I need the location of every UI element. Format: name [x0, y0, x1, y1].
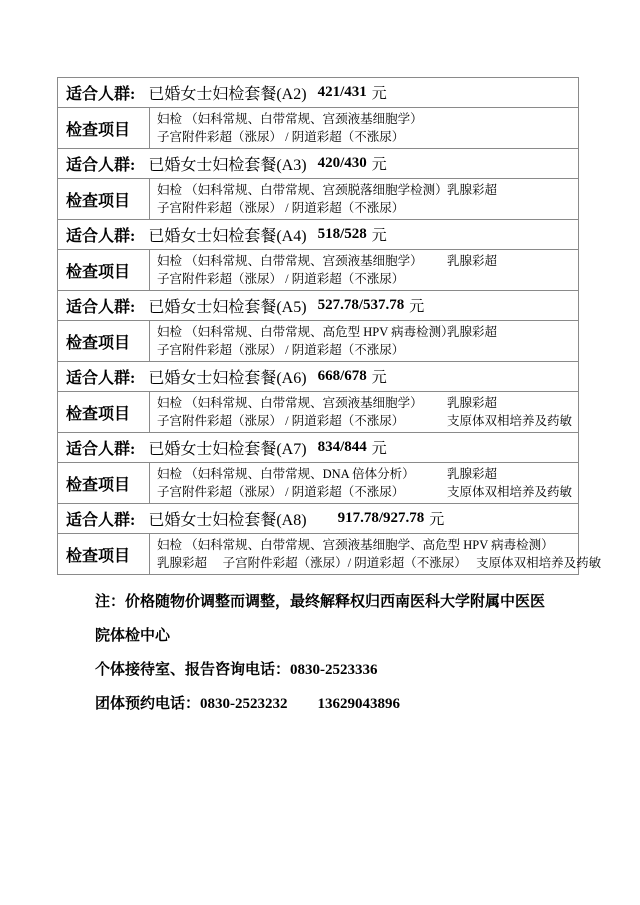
items-label-cell: 检查项目: [58, 534, 150, 574]
items-line: 妇检 （妇科常规、白带常规、宫颈液基细胞学）乳腺彩超: [157, 252, 574, 270]
package-price-table: 适合人群: 已婚女士妇检套餐(A2) 421/431 元 检查项目 妇检 （妇科…: [57, 77, 579, 575]
price-unit: 元: [372, 82, 387, 103]
package-price: 917.78/927.78: [338, 510, 425, 527]
items-line: 妇检 （妇科常规、白带常规、DNA 倍体分析）乳腺彩超: [157, 465, 574, 483]
items-row: 检查项目 妇检 （妇科常规、白带常规、宫颈液基细胞学、高危型 HPV 病毒检测）…: [58, 534, 578, 574]
package-price: 834/844: [318, 439, 367, 456]
package-name: 已婚女士妇检套餐(A7): [148, 436, 306, 459]
items-left-text: 子宫附件彩超（涨尿） / 阴道彩超（不涨尿）: [157, 414, 404, 428]
items-line: 子宫附件彩超（涨尿） / 阴道彩超（不涨尿）: [157, 270, 574, 288]
items-left-text: 乳腺彩超 子宫附件彩超（涨尿）/ 阴道彩超（不涨尿） 支原体双相培养及药敏: [157, 556, 601, 570]
price-unit: 元: [372, 224, 387, 245]
footer-notes: 注：价格随物价调整而调整，最终解释权归西南医科大学附属中医医 院体检中心 个体接…: [95, 592, 595, 728]
population-label: 适合人群:: [66, 507, 135, 530]
items-row: 检查项目 妇检 （妇科常规、白带常规、宫颈液基细胞学）乳腺彩超子宫附件彩超（涨尿…: [58, 250, 578, 291]
items-label-cell: 检查项目: [58, 250, 150, 290]
note-line-1: 注：价格随物价调整而调整，最终解释权归西南医科大学附属中医医: [95, 592, 595, 613]
package-price: 420/430: [318, 155, 367, 172]
items-row: 检查项目 妇检 （妇科常规、白带常规、DNA 倍体分析）乳腺彩超子宫附件彩超（涨…: [58, 463, 578, 504]
items-line: 子宫附件彩超（涨尿） / 阴道彩超（不涨尿）: [157, 341, 574, 359]
items-line: 乳腺彩超 子宫附件彩超（涨尿）/ 阴道彩超（不涨尿） 支原体双相培养及药敏: [157, 554, 601, 572]
items-label: 检查项目: [66, 117, 130, 140]
items-right-text: 乳腺彩超: [447, 394, 497, 412]
items-detail-cell: 妇检 （妇科常规、白带常规、宫颈液基细胞学）子宫附件彩超（涨尿） / 阴道彩超（…: [150, 108, 578, 148]
phone-individual: 个体接待室、报告咨询电话：0830-2523336: [95, 660, 595, 681]
items-left-text: 妇检 （妇科常规、白带常规、宫颈脱落细胞学检测）: [157, 183, 448, 197]
package-section: 适合人群: 已婚女士妇检套餐(A8) 917.78/927.78 元 检查项目 …: [58, 504, 578, 574]
price-unit: 元: [429, 508, 444, 529]
items-left-text: 妇检 （妇科常规、白带常规、宫颈液基细胞学）: [157, 112, 423, 126]
package-name: 已婚女士妇检套餐(A3): [148, 152, 306, 175]
package-section: 适合人群: 已婚女士妇检套餐(A3) 420/430 元 检查项目 妇检 （妇科…: [58, 149, 578, 220]
items-label-cell: 检查项目: [58, 179, 150, 219]
price-unit: 元: [372, 153, 387, 174]
items-line: 子宫附件彩超（涨尿） / 阴道彩超（不涨尿）: [157, 128, 574, 146]
package-name: 已婚女士妇检套餐(A8): [148, 507, 306, 530]
population-label: 适合人群:: [66, 223, 135, 246]
price-unit: 元: [372, 437, 387, 458]
items-label: 检查项目: [66, 472, 130, 495]
items-left-text: 妇检 （妇科常规、白带常规、高危型 HPV 病毒检测）: [157, 325, 454, 339]
population-label: 适合人群:: [66, 365, 135, 388]
package-section: 适合人群: 已婚女士妇检套餐(A5) 527.78/537.78 元 检查项目 …: [58, 291, 578, 362]
population-label: 适合人群:: [66, 152, 135, 175]
population-row: 适合人群: 已婚女士妇检套餐(A6) 668/678 元: [58, 362, 578, 392]
items-label: 检查项目: [66, 188, 130, 211]
items-row: 检查项目 妇检 （妇科常规、白带常规、高危型 HPV 病毒检测）乳腺彩超子宫附件…: [58, 321, 578, 362]
package-name: 已婚女士妇检套餐(A5): [148, 294, 306, 317]
items-row: 检查项目 妇检 （妇科常规、白带常规、宫颈液基细胞学）子宫附件彩超（涨尿） / …: [58, 108, 578, 149]
population-row: 适合人群: 已婚女士妇检套餐(A8) 917.78/927.78 元: [58, 504, 578, 534]
items-line: 子宫附件彩超（涨尿） / 阴道彩超（不涨尿）: [157, 199, 574, 217]
items-left-text: 子宫附件彩超（涨尿） / 阴道彩超（不涨尿）: [157, 130, 404, 144]
items-detail-cell: 妇检 （妇科常规、白带常规、宫颈脱落细胞学检测）乳腺彩超子宫附件彩超（涨尿） /…: [150, 179, 578, 219]
items-row: 检查项目 妇检 （妇科常规、白带常规、宫颈液基细胞学）乳腺彩超子宫附件彩超（涨尿…: [58, 392, 578, 433]
items-line: 子宫附件彩超（涨尿） / 阴道彩超（不涨尿）支原体双相培养及药敏: [157, 483, 574, 501]
population-label: 适合人群:: [66, 81, 135, 104]
items-label: 检查项目: [66, 330, 130, 353]
population-row: 适合人群: 已婚女士妇检套餐(A2) 421/431 元: [58, 78, 578, 108]
phone-group: 团体预约电话：0830-2523232 13629043896: [95, 694, 595, 715]
items-detail-cell: 妇检 （妇科常规、白带常规、高危型 HPV 病毒检测）乳腺彩超子宫附件彩超（涨尿…: [150, 321, 578, 361]
items-right-text: 支原体双相培养及药敏: [447, 483, 572, 501]
package-name: 已婚女士妇检套餐(A6): [148, 365, 306, 388]
items-line: 妇检 （妇科常规、白带常规、高危型 HPV 病毒检测）乳腺彩超: [157, 323, 574, 341]
items-row: 检查项目 妇检 （妇科常规、白带常规、宫颈脱落细胞学检测）乳腺彩超子宫附件彩超（…: [58, 179, 578, 220]
items-left-text: 子宫附件彩超（涨尿） / 阴道彩超（不涨尿）: [157, 272, 404, 286]
items-left-text: 子宫附件彩超（涨尿） / 阴道彩超（不涨尿）: [157, 485, 404, 499]
package-price: 668/678: [318, 368, 367, 385]
package-price: 518/528: [318, 226, 367, 243]
population-row: 适合人群: 已婚女士妇检套餐(A5) 527.78/537.78 元: [58, 291, 578, 321]
items-left-text: 妇检 （妇科常规、白带常规、宫颈液基细胞学、高危型 HPV 病毒检测）: [157, 538, 554, 552]
items-label-cell: 检查项目: [58, 108, 150, 148]
price-unit: 元: [409, 295, 424, 316]
items-label: 检查项目: [66, 401, 130, 424]
items-label: 检查项目: [66, 259, 130, 282]
items-left-text: 子宫附件彩超（涨尿） / 阴道彩超（不涨尿）: [157, 343, 404, 357]
items-left-text: 妇检 （妇科常规、白带常规、宫颈液基细胞学）: [157, 396, 423, 410]
items-label-cell: 检查项目: [58, 321, 150, 361]
population-label: 适合人群:: [66, 294, 135, 317]
package-section: 适合人群: 已婚女士妇检套餐(A6) 668/678 元 检查项目 妇检 （妇科…: [58, 362, 578, 433]
items-line: 子宫附件彩超（涨尿） / 阴道彩超（不涨尿）支原体双相培养及药敏: [157, 412, 574, 430]
package-section: 适合人群: 已婚女士妇检套餐(A7) 834/844 元 检查项目 妇检 （妇科…: [58, 433, 578, 504]
population-row: 适合人群: 已婚女士妇检套餐(A4) 518/528 元: [58, 220, 578, 250]
items-label: 检查项目: [66, 543, 130, 566]
population-label: 适合人群:: [66, 436, 135, 459]
package-section: 适合人群: 已婚女士妇检套餐(A2) 421/431 元 检查项目 妇检 （妇科…: [58, 78, 578, 149]
items-detail-cell: 妇检 （妇科常规、白带常规、宫颈液基细胞学）乳腺彩超子宫附件彩超（涨尿） / 阴…: [150, 250, 578, 290]
package-price: 527.78/537.78: [318, 297, 405, 314]
population-row: 适合人群: 已婚女士妇检套餐(A3) 420/430 元: [58, 149, 578, 179]
items-right-text: 乳腺彩超: [447, 465, 497, 483]
items-detail-cell: 妇检 （妇科常规、白带常规、宫颈液基细胞学、高危型 HPV 病毒检测）乳腺彩超 …: [150, 534, 605, 574]
items-right-text: 乳腺彩超: [447, 252, 497, 270]
items-detail-cell: 妇检 （妇科常规、白带常规、DNA 倍体分析）乳腺彩超子宫附件彩超（涨尿） / …: [150, 463, 578, 503]
items-right-text: 支原体双相培养及药敏: [447, 412, 572, 430]
items-left-text: 妇检 （妇科常规、白带常规、DNA 倍体分析）: [157, 467, 415, 481]
items-detail-cell: 妇检 （妇科常规、白带常规、宫颈液基细胞学）乳腺彩超子宫附件彩超（涨尿） / 阴…: [150, 392, 578, 432]
price-unit: 元: [372, 366, 387, 387]
items-label-cell: 检查项目: [58, 392, 150, 432]
items-left-text: 妇检 （妇科常规、白带常规、宫颈液基细胞学）: [157, 254, 423, 268]
package-name: 已婚女士妇检套餐(A2): [148, 81, 306, 104]
items-line: 妇检 （妇科常规、白带常规、宫颈液基细胞学）乳腺彩超: [157, 394, 574, 412]
items-right-text: 乳腺彩超: [447, 323, 497, 341]
items-left-text: 子宫附件彩超（涨尿） / 阴道彩超（不涨尿）: [157, 201, 404, 215]
package-section: 适合人群: 已婚女士妇检套餐(A4) 518/528 元 检查项目 妇检 （妇科…: [58, 220, 578, 291]
items-line: 妇检 （妇科常规、白带常规、宫颈液基细胞学、高危型 HPV 病毒检测）: [157, 536, 601, 554]
items-label-cell: 检查项目: [58, 463, 150, 503]
items-right-text: 乳腺彩超: [447, 181, 497, 199]
note-line-2: 院体检中心: [95, 626, 595, 647]
items-line: 妇检 （妇科常规、白带常规、宫颈脱落细胞学检测）乳腺彩超: [157, 181, 574, 199]
population-row: 适合人群: 已婚女士妇检套餐(A7) 834/844 元: [58, 433, 578, 463]
items-line: 妇检 （妇科常规、白带常规、宫颈液基细胞学）: [157, 110, 574, 128]
document-page: 适合人群: 已婚女士妇检套餐(A2) 421/431 元 检查项目 妇检 （妇科…: [0, 0, 640, 905]
package-name: 已婚女士妇检套餐(A4): [148, 223, 306, 246]
package-price: 421/431: [318, 84, 367, 101]
